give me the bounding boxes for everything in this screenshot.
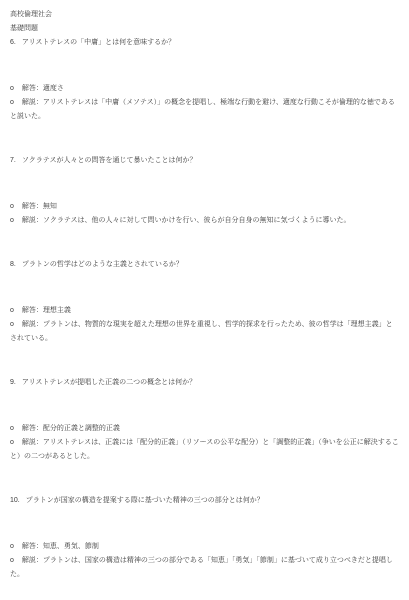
document-title: 高校倫理社会	[10, 8, 399, 22]
question-line: 8.プラトンの哲学はどのような主義とされているか？	[10, 258, 399, 272]
explanation-text: アリストテレスは、正義には「配分的正義」（リソースの公平な配分）と「調整的正義」…	[10, 439, 399, 460]
question-text: アリストテレスの「中庸」とは何を意味するか？	[22, 39, 175, 46]
question-number: 8.	[10, 258, 16, 272]
qa-block: 7.ソクラテスが人々との問答を通じて暴いたことは何か？ o解答：無知 o解説：ソ…	[10, 154, 399, 228]
answer-text: 知恵、勇気、節制	[43, 543, 99, 550]
answer-text: 配分的正義と調整的正義	[43, 425, 120, 432]
explanation-label: 解説：	[22, 439, 43, 446]
question-number: 7.	[10, 154, 16, 168]
document-header: 高校倫理社会 基礎問題	[10, 8, 399, 36]
document-page: 高校倫理社会 基礎問題 6.アリストテレスの「中庸」とは何を意味するか？ o解答…	[0, 0, 409, 600]
explanation-label: 解説：	[22, 99, 43, 106]
bullet-marker: o	[10, 425, 14, 432]
answer-group: o解答：適度さ o解説：アリストテレスは「中庸（メソテス）」の概念を提唱し、極端…	[10, 82, 399, 124]
bullet-marker: o	[10, 543, 14, 550]
explanation-label: 解説：	[22, 321, 43, 328]
explanation-line: o解説：プラトンは、物質的な現実を超えた理想の世界を重視し、哲学的探求を行ったた…	[10, 318, 399, 346]
question-line: 10.プラトンが国家の構造を提案する際に基づいた精神の三つの部分とは何か？	[10, 494, 399, 508]
bullet-marker: o	[10, 85, 14, 92]
question-text: プラトンが国家の構造を提案する際に基づいた精神の三つの部分とは何か？	[26, 497, 264, 504]
explanation-text: アリストテレスは「中庸（メソテス）」の概念を提唱し、極端な行動を避け、適度な行動…	[10, 99, 395, 120]
answer-line: o解答：無知	[10, 200, 399, 214]
answer-text: 適度さ	[43, 85, 64, 92]
answer-line: o解答：配分的正義と調整的正義	[10, 422, 399, 436]
qa-block: 10.プラトンが国家の構造を提案する際に基づいた精神の三つの部分とは何か？ o解…	[10, 494, 399, 582]
answer-text: 無知	[43, 203, 57, 210]
answer-label: 解答：	[22, 203, 43, 210]
explanation-text: プラトンは、国家の構造は精神の三つの部分である「知恵」「勇気」「節制」に基づいて…	[10, 557, 393, 578]
bullet-marker: o	[10, 321, 14, 328]
bullet-marker: o	[10, 557, 14, 564]
question-number: 9.	[10, 376, 16, 390]
bullet-marker: o	[10, 217, 14, 224]
answer-line: o解答：知恵、勇気、節制	[10, 540, 399, 554]
answer-label: 解答：	[22, 307, 43, 314]
answer-group: o解答：配分的正義と調整的正義 o解説：アリストテレスは、正義には「配分的正義」…	[10, 422, 399, 464]
qa-block: 9.アリストテレスが提唱した正義の二つの概念とは何か？ o解答：配分的正義と調整…	[10, 376, 399, 464]
question-number: 6.	[10, 36, 16, 50]
question-text: ソクラテスが人々との問答を通じて暴いたことは何か？	[22, 157, 197, 164]
qa-block: 8.プラトンの哲学はどのような主義とされているか？ o解答：理想主義 o解説：プ…	[10, 258, 399, 346]
explanation-text: プラトンは、物質的な現実を超えた理想の世界を重視し、哲学的探求を行ったため、彼の…	[10, 321, 393, 342]
explanation-line: o解説：アリストテレスは、正義には「配分的正義」（リソースの公平な配分）と「調整…	[10, 436, 399, 464]
explanation-label: 解説：	[22, 217, 43, 224]
answer-group: o解答：知恵、勇気、節制 o解説：プラトンは、国家の構造は精神の三つの部分である…	[10, 540, 399, 582]
bullet-marker: o	[10, 307, 14, 314]
answer-line: o解答：理想主義	[10, 304, 399, 318]
answer-line: o解答：適度さ	[10, 82, 399, 96]
answer-label: 解答：	[22, 425, 43, 432]
question-text: プラトンの哲学はどのような主義とされているか？	[22, 261, 183, 268]
bullet-marker: o	[10, 99, 14, 106]
explanation-line: o解説：ソクラテスは、他の人々に対して問いかけを行い、彼らが自分自身の無知に気づ…	[10, 214, 399, 228]
answer-group: o解答：無知 o解説：ソクラテスは、他の人々に対して問いかけを行い、彼らが自分自…	[10, 200, 399, 228]
qa-block: 6.アリストテレスの「中庸」とは何を意味するか？ o解答：適度さ o解説：アリス…	[10, 36, 399, 124]
qa-list: 6.アリストテレスの「中庸」とは何を意味するか？ o解答：適度さ o解説：アリス…	[10, 36, 399, 582]
question-text: アリストテレスが提唱した正義の二つの概念とは何か？	[22, 379, 196, 386]
question-line: 7.ソクラテスが人々との問答を通じて暴いたことは何か？	[10, 154, 399, 168]
bullet-marker: o	[10, 203, 14, 210]
bullet-marker: o	[10, 439, 14, 446]
question-line: 6.アリストテレスの「中庸」とは何を意味するか？	[10, 36, 399, 50]
explanation-label: 解説：	[22, 557, 43, 564]
document-subtitle: 基礎問題	[10, 22, 399, 36]
explanation-line: o解説：アリストテレスは「中庸（メソテス）」の概念を提唱し、極端な行動を避け、適…	[10, 96, 399, 124]
explanation-line: o解説：プラトンは、国家の構造は精神の三つの部分である「知恵」「勇気」「節制」に…	[10, 554, 399, 582]
answer-label: 解答：	[22, 543, 43, 550]
answer-group: o解答：理想主義 o解説：プラトンは、物質的な現実を超えた理想の世界を重視し、哲…	[10, 304, 399, 346]
answer-label: 解答：	[22, 85, 43, 92]
question-number: 10.	[10, 494, 20, 508]
explanation-text: ソクラテスは、他の人々に対して問いかけを行い、彼らが自分自身の無知に気づくように…	[43, 217, 351, 224]
answer-text: 理想主義	[43, 307, 71, 314]
question-line: 9.アリストテレスが提唱した正義の二つの概念とは何か？	[10, 376, 399, 390]
